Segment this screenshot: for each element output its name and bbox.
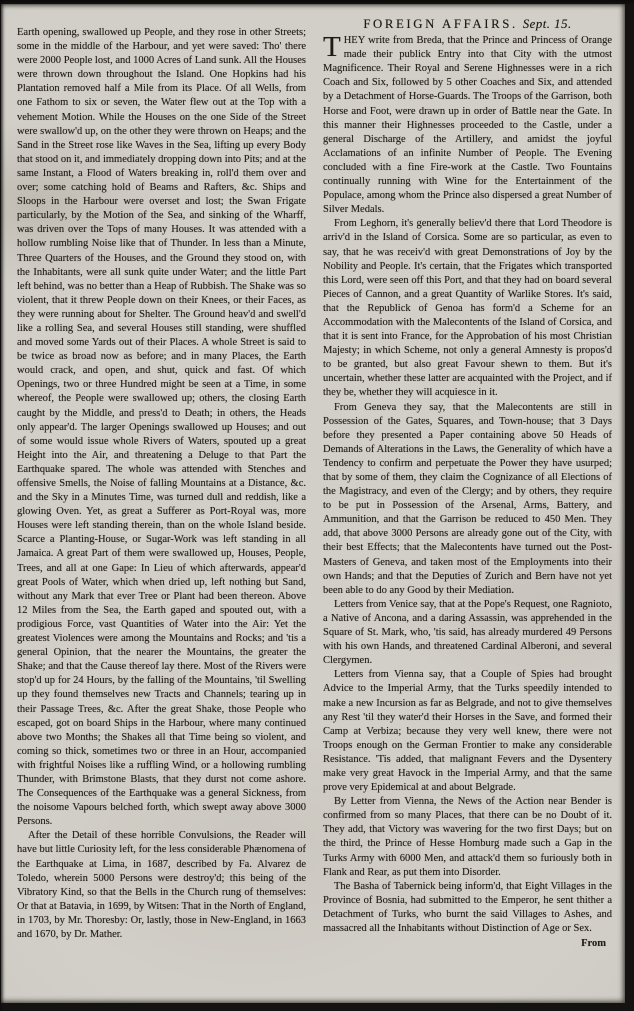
foreign-affairs-heading: FOREIGN AFFAIRS.Sept. 15. [323, 17, 612, 31]
bender-paragraph: By Letter from Vienna, the News of the A… [323, 795, 612, 880]
catchword: From [323, 937, 612, 951]
breda-paragraph: THEY write from Breda, that the Prince a… [323, 34, 612, 217]
bosnia-paragraph: The Basha of Tabernick being inform'd, t… [323, 880, 612, 936]
geneva-paragraph: From Geneva they say, that the Maleconte… [323, 401, 612, 598]
earthquake-account-paragraph: Earth opening, swallowed up People, and … [17, 26, 306, 829]
breda-paragraph-text: HEY write from Breda, that the Prince an… [323, 35, 612, 215]
drop-cap: T [323, 34, 344, 59]
right-column: FOREIGN AFFAIRS.Sept. 15. THEY write fro… [323, 16, 612, 991]
left-column: Earth opening, swallowed up People, and … [17, 16, 306, 1001]
leghorn-paragraph: From Leghorn, it's generally believ'd th… [323, 217, 612, 400]
paper-sheet: Earth opening, swallowed up People, and … [1, 4, 625, 1003]
scanned-newspaper-page: Earth opening, swallowed up People, and … [0, 0, 634, 1011]
venice-paragraph: Letters from Venice say, that at the Pop… [323, 598, 612, 668]
vienna-spies-paragraph: Letters from Vienna say, that a Couple o… [323, 668, 612, 795]
section-title: FOREIGN AFFAIRS. [363, 17, 517, 31]
earthquake-summary-paragraph: After the Detail of these horrible Convu… [17, 829, 306, 942]
section-date: Sept. 15. [523, 17, 572, 31]
